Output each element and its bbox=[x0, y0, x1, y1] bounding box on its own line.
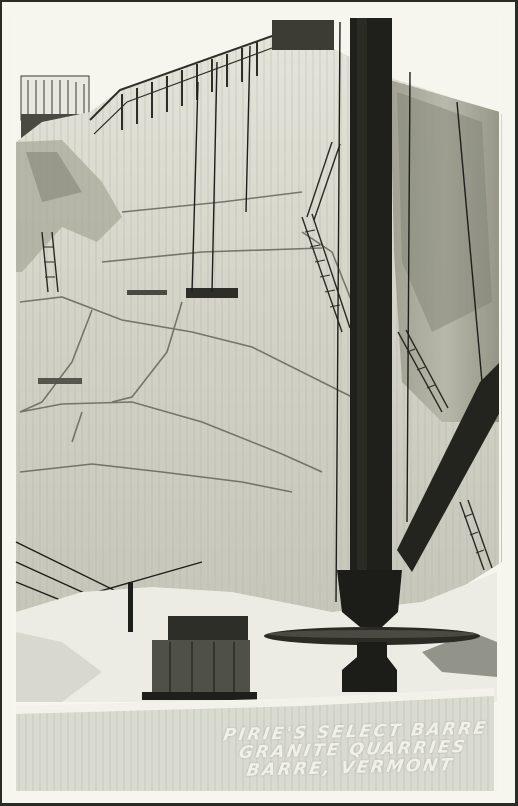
postcard-caption: PIRIE'S SELECT BARRE GRANITE QUARRIES BA… bbox=[203, 719, 502, 781]
postcard: PIRIE'S SELECT BARRE GRANITE QUARRIES BA… bbox=[2, 2, 515, 803]
quarry-photograph bbox=[2, 2, 515, 803]
derrick-mast bbox=[350, 18, 392, 578]
